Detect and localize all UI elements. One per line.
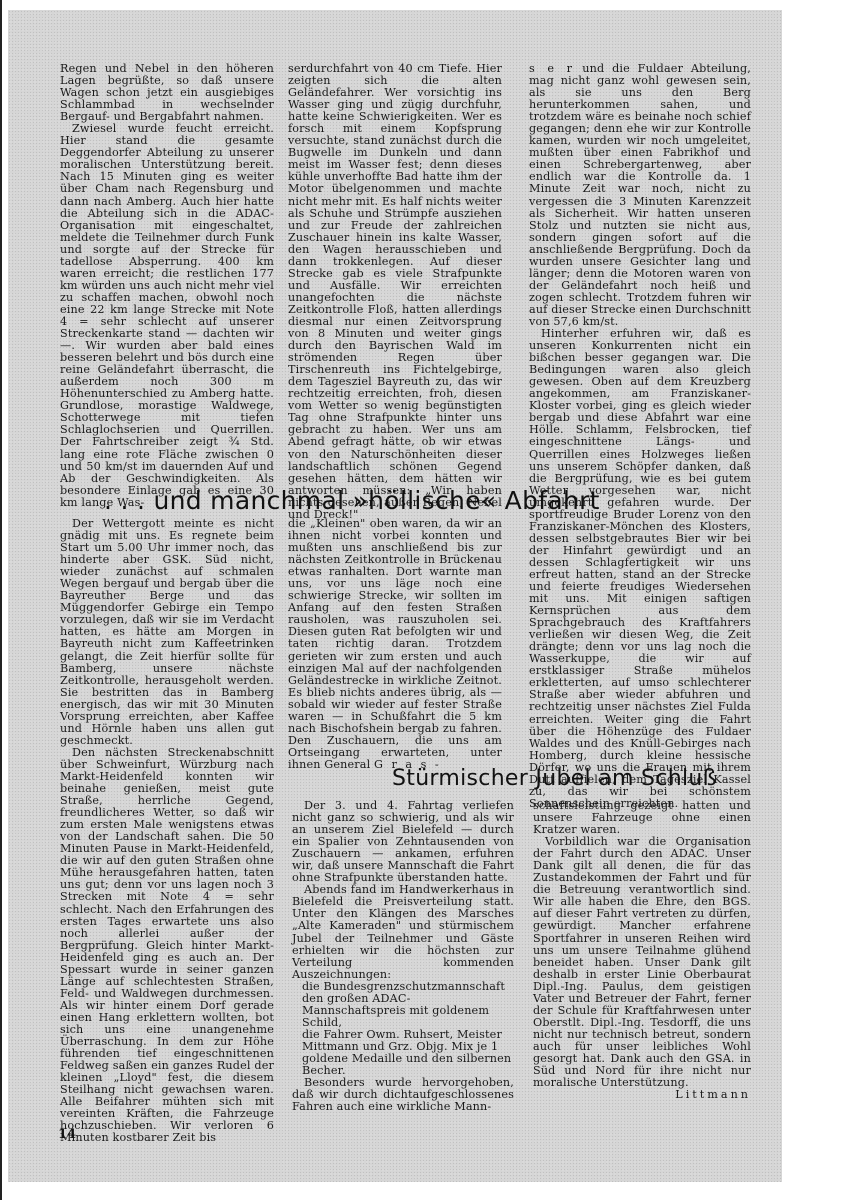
spaced-word: s e r: [529, 62, 574, 75]
article-column-2-section1: die „Kleinen" oben waren, da wir an ihne…: [288, 518, 502, 771]
paragraph: serdurchfahrt von 40 cm Tiefe. Hier zeig…: [288, 63, 502, 521]
paragraph: schaftsleistung gezeigt hatten und unser…: [533, 800, 751, 836]
paragraph: Besonders wurde hervorgehoben, daß wir d…: [292, 1077, 514, 1113]
article-column-1-top: Regen und Nebel in den höheren Lagen beg…: [60, 63, 274, 509]
page-number: 14: [58, 1127, 76, 1142]
article-column-3-section2: schaftsleistung gezeigt hatten und unser…: [533, 800, 751, 1101]
article-column-3-top: s e r und die Fuldaer Abteilung, mag nic…: [529, 63, 751, 810]
article-column-2-section2: Der 3. und 4. Fahrtag verliefen nicht ga…: [292, 800, 514, 1113]
award-item: die Bundesgrenzschutzmannschaft den groß…: [292, 981, 514, 1029]
article-column-2-top: serdurchfahrt von 40 cm Tiefe. Hier zeig…: [288, 63, 502, 521]
paragraph: s e r und die Fuldaer Abteilung, mag nic…: [529, 63, 751, 328]
section-headline-hoellische-abfahrt: . . . und manchmal »höllische« Abfahrt: [104, 486, 600, 515]
paragraph: Regen und Nebel in den höheren Lagen beg…: [60, 63, 274, 123]
paragraph: Vorbildlich war die Organisation der Fah…: [533, 836, 751, 1089]
award-item: die Fahrer Owm. Ruhsert, Meister Mittman…: [292, 1029, 514, 1077]
paragraph: die „Kleinen" oben waren, da wir an ihne…: [288, 518, 502, 771]
paragraph: Der 3. und 4. Fahrtag verliefen nicht ga…: [292, 800, 514, 884]
paragraph: Den nächsten Streckenabschnitt über Schw…: [60, 747, 274, 1145]
article-column-1-section1: Der Wettergott meinte es nicht gnädig mi…: [60, 518, 274, 1144]
paragraph: Der Wettergott meinte es nicht gnädig mi…: [60, 518, 274, 747]
scan-edge: [0, 0, 2, 1200]
paragraph: Hinterher erfuhren wir, daß es unseren K…: [529, 328, 751, 810]
paragraph: Abends fand im Handwerkerhaus in Bielefe…: [292, 884, 514, 980]
paragraph: Zwiesel wurde feucht erreicht. Hier stan…: [60, 123, 274, 509]
section-headline-stuermischer-jubel: Stürmischer Jubel am Schluß: [392, 766, 717, 791]
author-signature: Littmann: [533, 1089, 751, 1101]
